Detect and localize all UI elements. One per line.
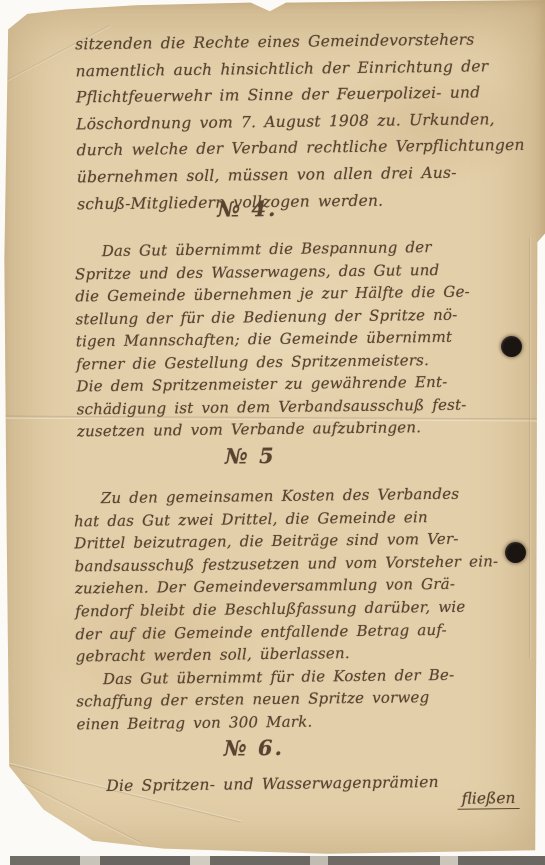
manuscript-line: einen Beitrag von 300 Mark. (76, 708, 540, 736)
catchword: fließen (457, 789, 519, 810)
paragraph-continuation: sitzenden die Rechte eines Gemeindevorst… (75, 26, 532, 218)
manuscript-line: zusetzen und vom Verbande aufzubringen. (77, 415, 537, 443)
section-4-paragraph: Das Gut übernimmt die Bespannung der Spr… (75, 235, 537, 443)
section-5-paragraph: Zu den gemeinsamen Kosten des Verbandes … (74, 482, 541, 736)
scanner-edge-strip (10, 856, 545, 865)
section-heading-5: № 5 (150, 442, 350, 469)
handwriting-layer: sitzenden die Rechte eines Gemeindevorst… (0, 0, 545, 865)
manuscript-page: sitzenden die Rechte eines Gemeindevorst… (0, 0, 545, 865)
manuscript-line: durch welche der Verband rechtliche Verp… (76, 132, 531, 164)
section-heading-4: № 4. (147, 195, 347, 222)
document-scan: sitzenden die Rechte eines Gemeindevorst… (0, 0, 545, 865)
section-heading-6: № 6. (154, 734, 354, 761)
